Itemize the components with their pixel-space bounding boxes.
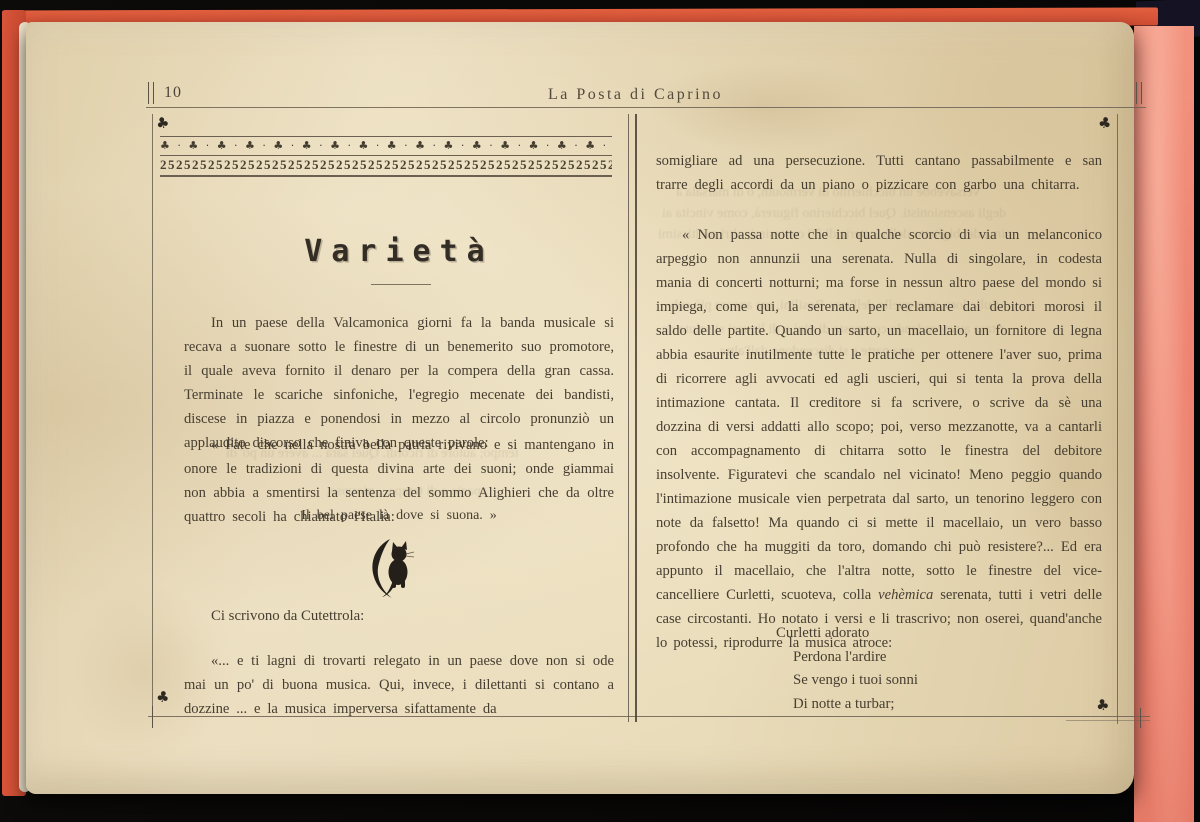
meander-ornament-row: 2525252525252525252525252525252525252525… — [160, 156, 612, 176]
verse-line: Se vengo i tuoi sonni — [776, 669, 918, 693]
verse-block: Curletti adorato Perdona l'ardire Se ven… — [776, 622, 918, 716]
margin-tick — [1140, 708, 1141, 728]
margin-tick — [1141, 82, 1142, 104]
cat-on-crescent-moon-illustration — [356, 538, 436, 600]
section-title: Varietà — [184, 234, 614, 269]
serenata-paragraph-pre: « Non passa notte che in qualche scorcio… — [656, 227, 1102, 603]
newspaper-page: 10 La Posta di Caprino ♣ ♣ ♣ ♣ ♣ · ♣ · ♣… — [26, 22, 1134, 794]
margin-tick — [148, 82, 149, 104]
serenata-paragraph: « Non passa notte che in qualche scorcio… — [656, 223, 1102, 655]
clover-ornament-icon: ♣ — [154, 115, 171, 133]
bleedthrough-text: degli ascensionisti. Quel bicchierino fi… — [662, 206, 1006, 222]
margin-tick — [152, 706, 153, 728]
serenata-paragraph-italic-word: vehèmica — [878, 587, 933, 603]
running-head-title: La Posta di Caprino — [152, 86, 1119, 104]
section-title-underline — [371, 284, 431, 285]
decorative-border-band: ♣ · ♣ · ♣ · ♣ · ♣ · ♣ · ♣ · ♣ · ♣ · ♣ · … — [160, 136, 612, 177]
scanned-book-photo: 10 La Posta di Caprino ♣ ♣ ♣ ♣ ♣ · ♣ · ♣… — [0, 0, 1200, 822]
margin-tick — [1136, 82, 1137, 104]
verse-line: Perdona l'ardire — [776, 646, 918, 670]
column-divider-rule — [628, 114, 637, 722]
facing-page-edge — [1134, 26, 1194, 822]
clover-ornament-icon: ♣ — [155, 689, 170, 706]
frame-left-rule — [152, 114, 153, 724]
clover-ornament-icon: ♣ — [1097, 115, 1113, 132]
verse-line: Di notte a turbar; — [776, 693, 918, 717]
floral-ornament-row: ♣ · ♣ · ♣ · ♣ · ♣ · ♣ · ♣ · ♣ · ♣ · ♣ · … — [160, 137, 612, 156]
letter-paragraph: «... e ti lagni di trovarti relegato in … — [184, 649, 614, 721]
right-continuation-paragraph: somigliare ad una persecuzione. Tutti ca… — [656, 149, 1102, 197]
letter-intro-line: Ci scrivono da Cutettrola: — [184, 608, 614, 625]
frame-bottom-rule-extension — [1066, 720, 1150, 721]
frame-right-rule — [1117, 114, 1118, 724]
verse-line: Curletti adorato — [776, 622, 918, 646]
dante-quote-line: Il bel paese là dove si suona. » — [184, 508, 614, 524]
header-rule — [146, 107, 1146, 108]
clover-ornament-icon: ♣ — [1095, 697, 1111, 714]
